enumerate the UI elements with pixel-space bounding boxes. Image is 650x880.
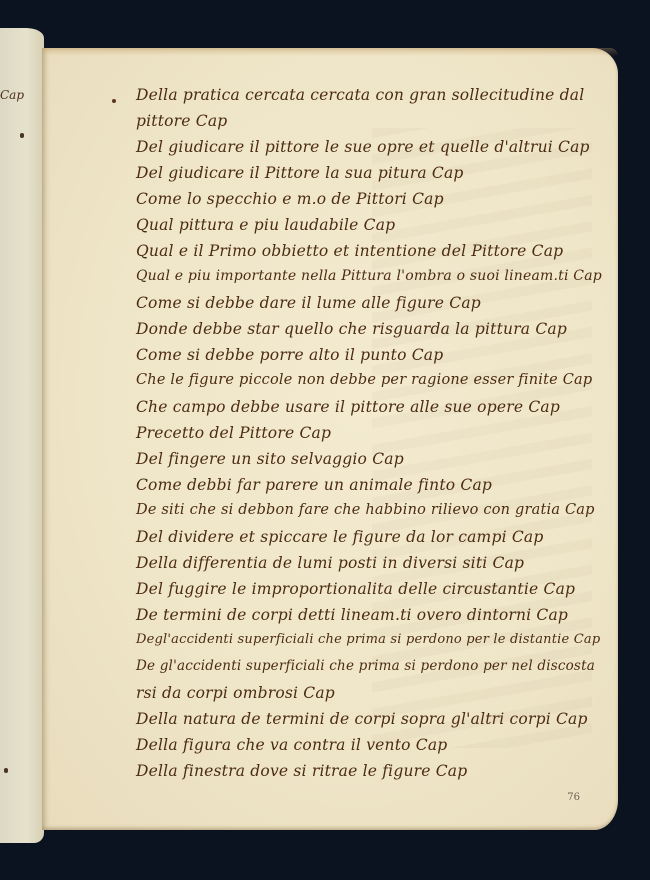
facing-left-page: Cap	[0, 28, 44, 843]
text-line: Della natura de termini de corpi sopra g…	[136, 710, 588, 728]
text-line: Qual e piu importante nella Pittura l'om…	[136, 268, 602, 284]
text-line: Del fuggire le improportionalita delle c…	[136, 580, 575, 598]
folio-number: 76	[567, 792, 580, 803]
text-line: De gl'accidenti superficiali che prima s…	[136, 658, 595, 674]
ink-spot	[4, 768, 8, 773]
text-line: Qual pittura e piu laudabile Cap	[136, 216, 395, 234]
text-line: Del giudicare il Pittore la sua pitura C…	[136, 164, 464, 182]
manuscript-page: Della pratica cercata cercata con gran s…	[42, 48, 618, 830]
text-line: rsi da corpi ombrosi Cap	[136, 684, 335, 702]
text-line: De siti che si debbon fare che habbino r…	[136, 502, 595, 518]
text-line: Che le figure piccole non debbe per ragi…	[136, 372, 592, 388]
left-page-text-fragment: Cap	[0, 88, 24, 102]
text-line: Degl'accidenti superficiali che prima si…	[136, 632, 600, 647]
text-line: Precetto del Pittore Cap	[136, 424, 331, 442]
chapter-list: Della pratica cercata cercata con gran s…	[42, 48, 618, 830]
text-line: Del dividere et spiccare le figure da lo…	[136, 528, 544, 546]
text-line: Come si debbe porre alto il punto Cap	[136, 346, 443, 364]
text-line: Qual e il Primo obbietto et intentione d…	[136, 242, 563, 260]
text-line: Della figura che va contra il vento Cap	[136, 736, 447, 754]
ink-spot	[20, 133, 24, 138]
text-line: Come lo specchio e m.o de Pittori Cap	[136, 190, 444, 208]
text-line: Della differentia de lumi posti in diver…	[136, 554, 524, 572]
text-line: pittore Cap	[136, 112, 227, 130]
text-line: Come si debbe dare il lume alle figure C…	[136, 294, 481, 312]
text-line: Del giudicare il pittore le sue opre et …	[136, 138, 590, 156]
text-line: De termini de corpi detti lineam.ti over…	[136, 606, 568, 624]
text-line: Della finestra dove si ritrae le figure …	[136, 762, 467, 780]
text-line: Del fingere un sito selvaggio Cap	[136, 450, 404, 468]
text-line: Donde debbe star quello che risguarda la…	[136, 320, 567, 338]
text-line: Che campo debbe usare il pittore alle su…	[136, 398, 560, 416]
text-line: Della pratica cercata cercata con gran s…	[136, 86, 584, 104]
text-line: Come debbi far parere un animale finto C…	[136, 476, 492, 494]
